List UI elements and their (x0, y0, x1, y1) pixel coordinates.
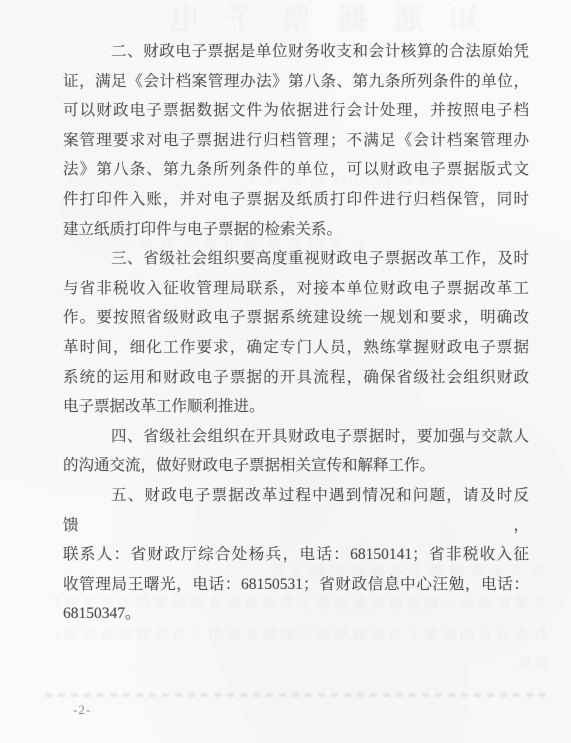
text-line: 作。要按照省级财政电子票据系统建设统一规划和要求，明确改 (63, 303, 529, 333)
paragraph: 四、省级社会组织在开具财政电子票据时，要加强与交款人的沟通交流，做好财政电子票据… (63, 422, 529, 481)
page-number: -2- (73, 702, 91, 718)
text-line: 件打印件入账，并对电子票据及纸质打印件进行归档保管，同时 (63, 185, 529, 215)
text-line: 与省非税收入征收管理局联系，对接本单位财政电子票据改革工 (63, 274, 529, 304)
text-line: 的沟通交流，做好财政电子票据相关宣传和解释工作。 (63, 451, 529, 481)
paragraph: 五、财政电子票据改革过程中遇到情况和问题，请及时反馈，联系人：省财政厅综合处杨兵… (63, 481, 529, 629)
text-line: 法》第八条、第九条所列条件的单位，可以财政电子票据版式文 (63, 155, 529, 185)
text-line: 收管理局王曙光，电话：68150531；省财政信息中心汪勉，电话： (63, 570, 529, 600)
text-line: 案管理要求对电子票据进行归档管理；不满足《会计档案管理办 (63, 126, 529, 156)
document-page: 知通据票子电政财 理管档归行进据票子电 位单的件条列所条九第条八第 作工革改据票… (0, 0, 571, 743)
text-line: 建立纸质打印件与电子票据的检索关系。 (63, 215, 529, 245)
text-line: 四、省级社会组织在开具财政电子票据时，要加强与交款人 (63, 422, 529, 452)
bleedthrough-streak (45, 693, 547, 697)
text-line: 可以财政电子票据数据文件为依据进行会计处理，并按照电子档 (63, 96, 529, 126)
bleedthrough-artifact-bottom-4: 质纸 (494, 652, 548, 672)
paragraph: 三、省级社会组织要高度重视财政电子票据改革工作，及时与省非税收入征收管理局联系，… (63, 244, 529, 422)
text-line: 三、省级社会组织要高度重视财政电子票据改革工作，及时 (63, 244, 529, 274)
text-line: 联系人：省财政厅综合处杨兵，电话：68150141；省非税收入征 (63, 540, 529, 570)
bleedthrough-artifact-top: 知通据票子电政财 (148, 0, 480, 38)
text-line: 证，满足《会计档案管理办法》第八条、第九条所列条件的单位， (63, 67, 529, 97)
paragraph: 二、财政电子票据是单位财务收支和会计核算的合法原始凭证，满足《会计档案管理办法》… (63, 37, 529, 244)
text-line: 电子票据改革工作顺利推进。 (63, 392, 529, 422)
text-line: 68150347。 (63, 599, 529, 629)
document-body: 二、财政电子票据是单位财务收支和会计核算的合法原始凭证，满足《会计档案管理办法》… (63, 37, 529, 629)
text-line: 二、财政电子票据是单位财务收支和会计核算的合法原始凭 (63, 37, 529, 67)
text-line: 五、财政电子票据改革过程中遇到情况和问题，请及时反馈， (63, 481, 529, 540)
text-line: 革时间，细化工作要求，确定专门人员，熟练掌握财政电子票据 (63, 333, 529, 363)
text-line: 系统的运用和财政电子票据的开具流程，确保省级社会组织财政 (63, 363, 529, 393)
